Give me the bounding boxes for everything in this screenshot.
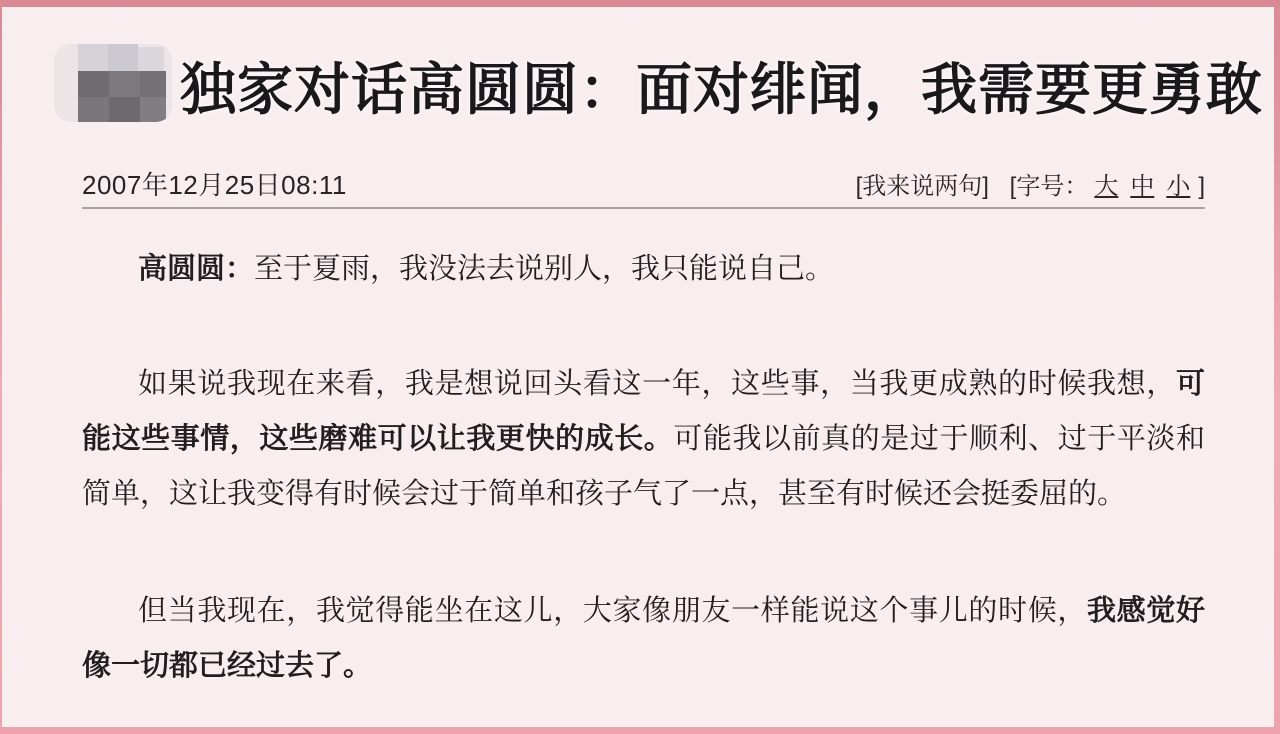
paragraph-text: 但当我现在，我觉得能坐在这儿，大家像朋友一样能说这个事儿的时候， [138, 595, 1087, 627]
paragraph-reflection: 如果说我现在来看，我是想说回头看这一年，这些事，当我更成熟的时候我想，可能这些事… [82, 357, 1205, 522]
font-size-medium-link[interactable]: 中 [1130, 173, 1154, 200]
article-page: 独家对话高圆圆：面对绯闻，我需要更勇敢 2007年12月25日08:11 [我来… [2, 7, 1274, 727]
publish-date: 2007年12月25日08:11 [82, 165, 347, 202]
meta-row: 2007年12月25日08:11 [我来说两句] [字号：大中小] [82, 165, 1205, 209]
headline-row: 独家对话高圆圆：面对绯闻，我需要更勇敢 [54, 37, 1205, 135]
article-body: 高圆圆：至于夏雨，我没法去说别人，我只能说自己。 如果说我现在来看，我是想说回头… [82, 242, 1205, 694]
speaker-name: 高圆圆： [138, 253, 254, 285]
font-size-label: [字号： [1010, 173, 1089, 200]
censored-source-logo-icon [54, 44, 172, 122]
article-title: 独家对话高圆圆：面对绯闻，我需要更勇敢 [180, 46, 1263, 126]
paragraph-text: 至于夏雨，我没法去说别人，我只能说自己。 [254, 253, 834, 285]
meta-links: [我来说两句] [字号：大中小] [856, 166, 1205, 201]
font-size-large-link[interactable]: 大 [1094, 173, 1118, 200]
paragraph-quote-intro: 高圆圆：至于夏雨，我没法去说别人，我只能说自己。 [82, 242, 1205, 297]
font-size-small-link[interactable]: 小 [1166, 173, 1190, 200]
paragraph-closing: 但当我现在，我觉得能坐在这儿，大家像朋友一样能说这个事儿的时候，我感觉好像一切都… [82, 584, 1205, 694]
font-size-control: [字号：大中小] [1010, 173, 1205, 200]
page-frame: 独家对话高圆圆：面对绯闻，我需要更勇敢 2007年12月25日08:11 [我来… [0, 0, 1280, 734]
paragraph-text: 如果说我现在来看，我是想说回头看这一年，这些事，当我更成熟的时候我想， [138, 368, 1176, 400]
font-size-label-close: ] [1198, 173, 1205, 200]
comment-link[interactable]: [我来说两句] [856, 173, 989, 200]
